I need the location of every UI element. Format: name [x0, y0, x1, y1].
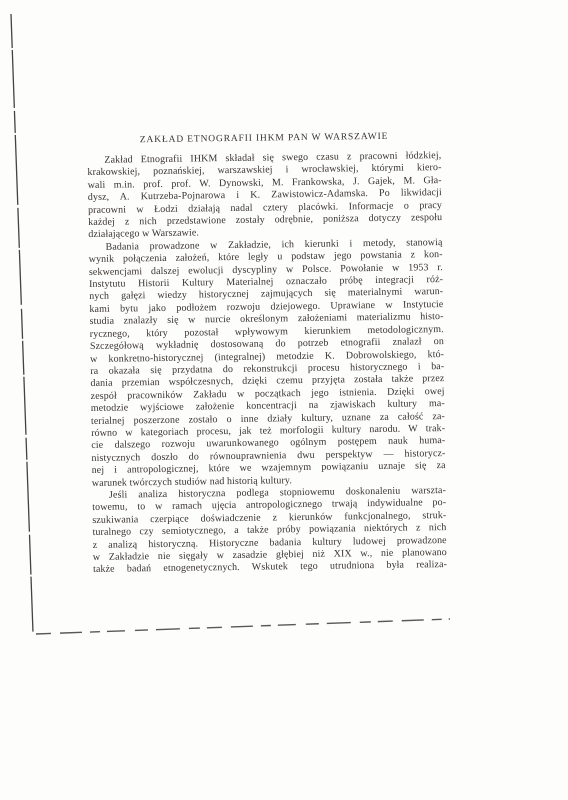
page-title: ZAKŁAD ETNOGRAFII IHKM PAN W WARSZAWIE: [87, 131, 441, 146]
paragraph-2: Badania prowadzone w Zakładzie, ich kier…: [88, 237, 445, 490]
page-left-edge-line: [11, 14, 33, 633]
page-content: ZAKŁAD ETNOGRAFII IHKM PAN W WARSZAWIE Z…: [87, 131, 447, 577]
page-bottom-edge-line: [36, 619, 450, 634]
paragraph-3: Jeśli analiza historyczna podlega stopni…: [92, 485, 447, 577]
paragraph-1: Zakład Etnografii IHKM składał się swego…: [87, 150, 442, 242]
scanned-page: ZAKŁAD ETNOGRAFII IHKM PAN W WARSZAWIE Z…: [0, 0, 568, 800]
